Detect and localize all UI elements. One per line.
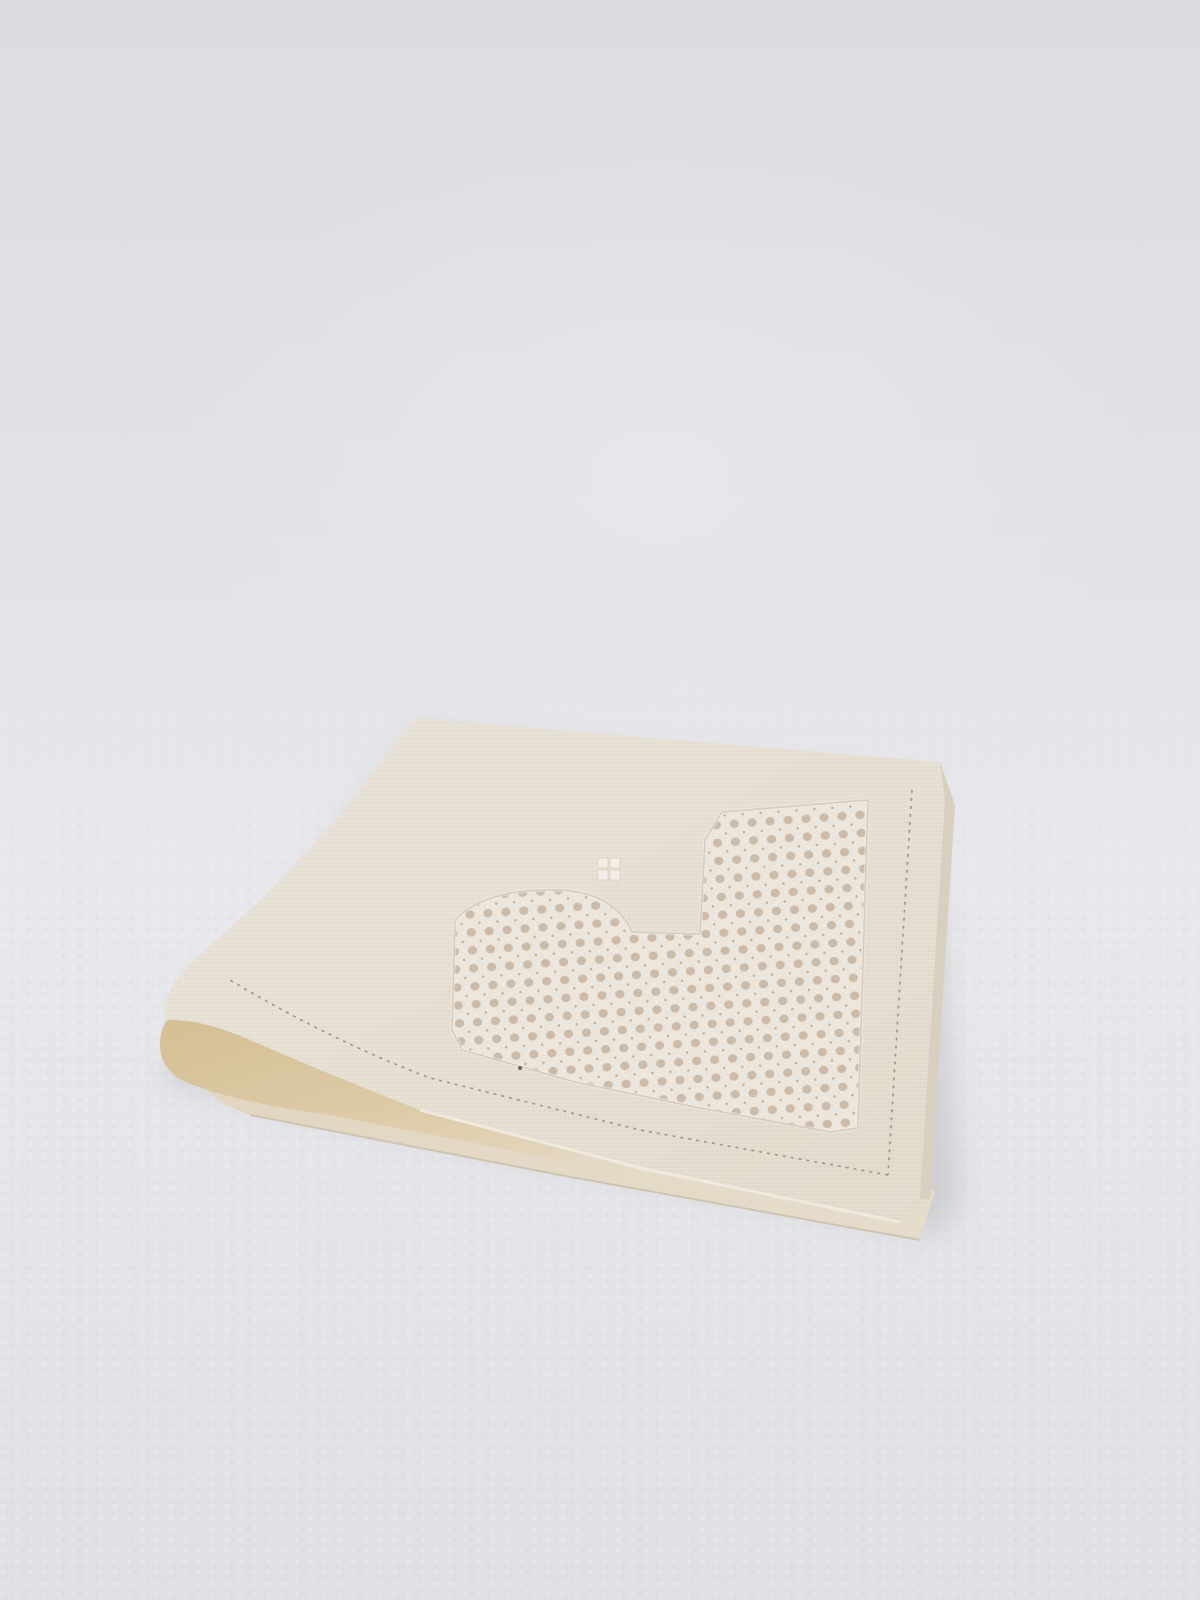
fabric-speck xyxy=(518,1066,522,1070)
napkin-photo xyxy=(0,0,1200,1600)
